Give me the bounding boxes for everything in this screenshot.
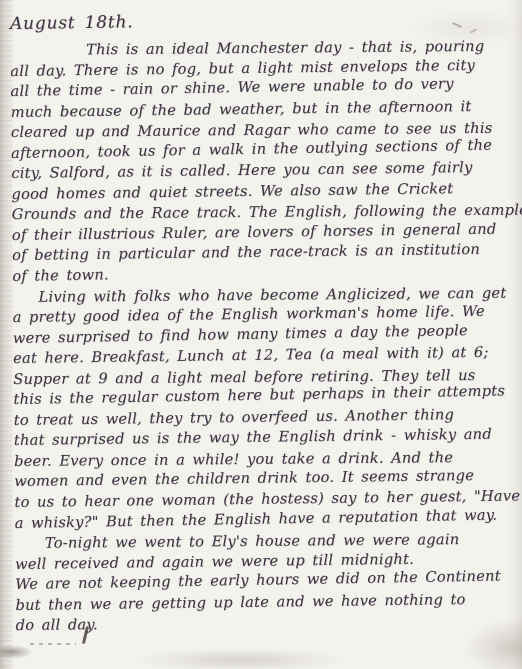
diary-body: This is an ideal Manchester day - that i… <box>10 36 516 637</box>
paragraph: To-night we went to Ely's house and we w… <box>15 529 516 637</box>
paragraph: Living with folks who have become Anglic… <box>12 283 514 534</box>
handwritten-line: do all day. <box>16 612 516 637</box>
paragraph: This is an ideal Manchester day - that i… <box>10 36 512 287</box>
diary-page: August 18th. This is an ideal Manchester… <box>0 0 522 669</box>
page-content: August 18th. This is an ideal Manchester… <box>10 14 510 637</box>
stray-pen-mark <box>30 643 76 645</box>
date-heading: August 18th. <box>10 7 510 34</box>
